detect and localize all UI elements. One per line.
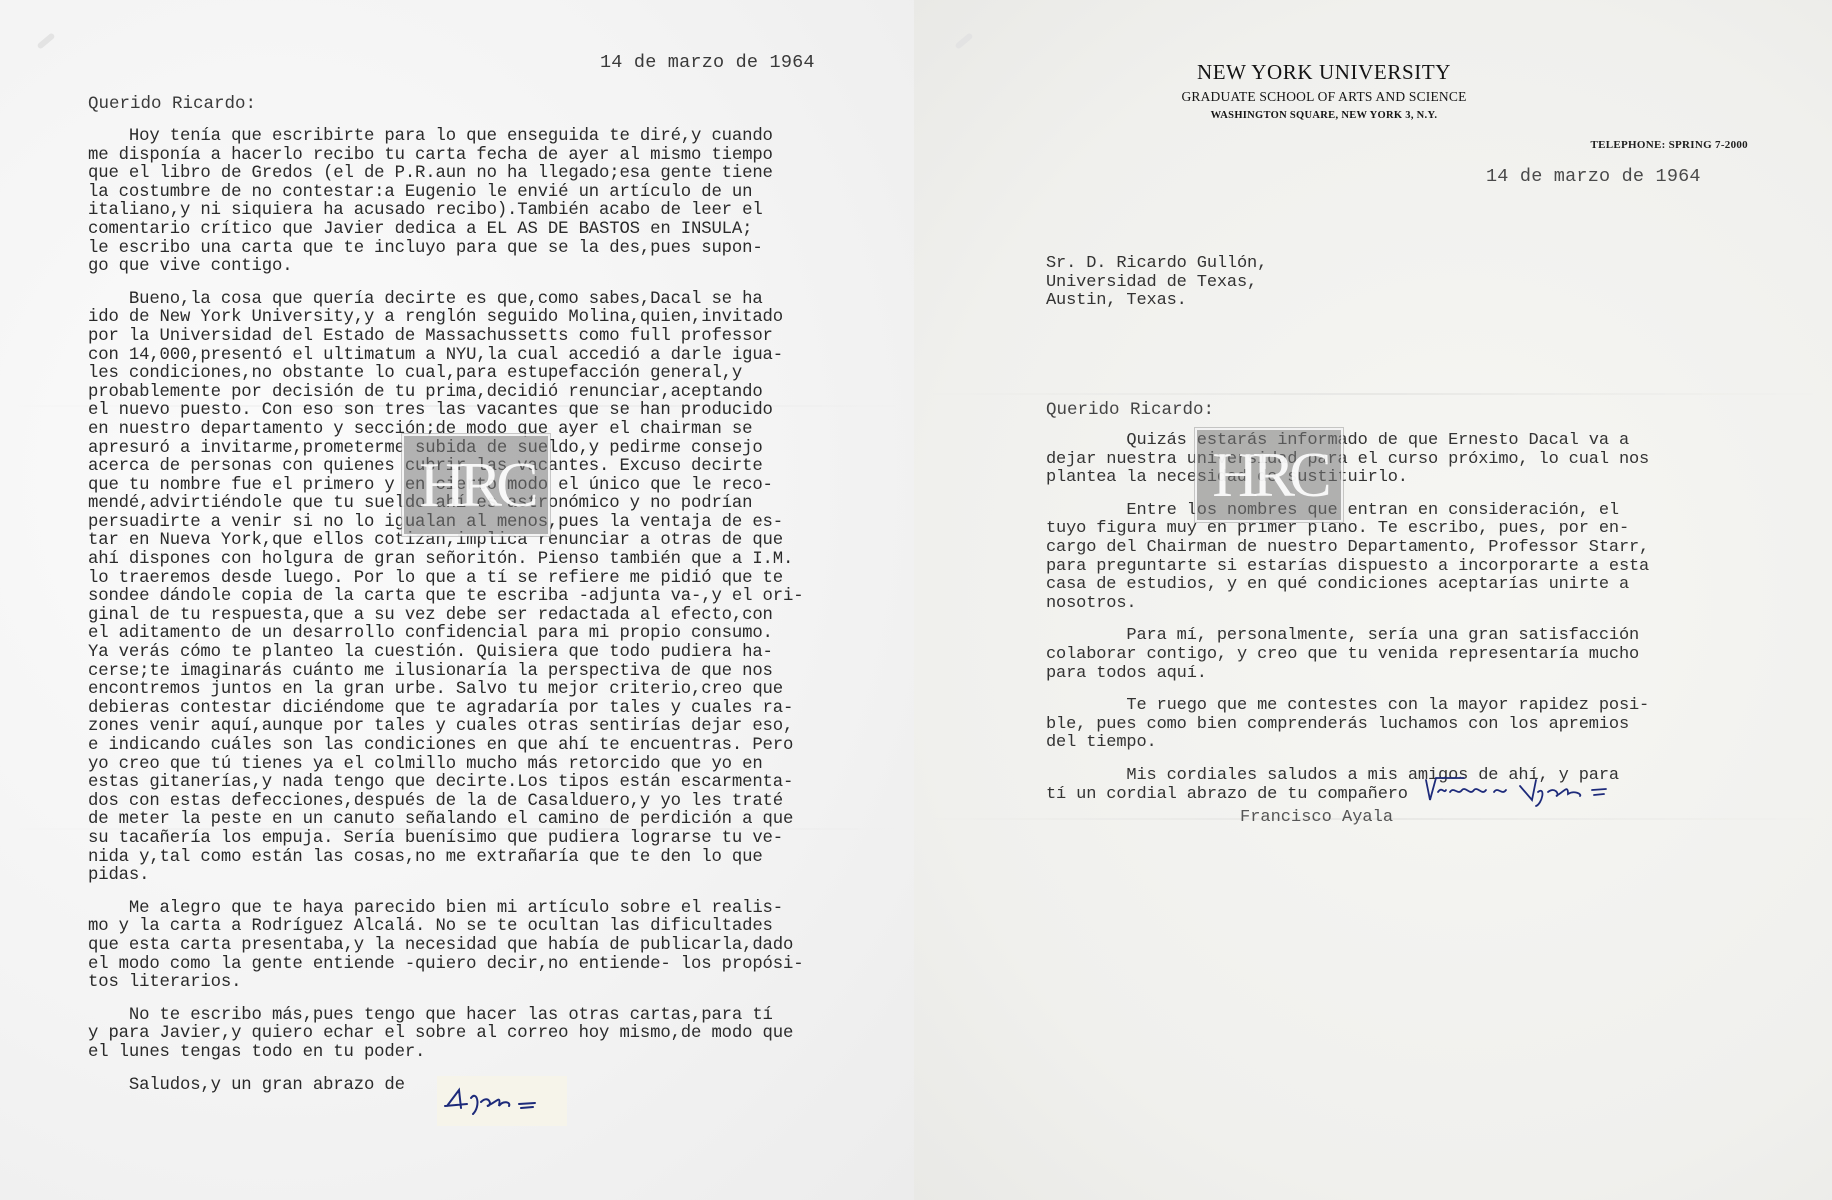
text-line: Me alegro que te haya parecido bien mi a…	[88, 900, 803, 919]
text-line: para todos aquí.	[1046, 665, 1649, 684]
text-line: su tacañería los empuja. Sería buenísimo…	[88, 830, 803, 849]
text-line: en nuestro departamento y sección;de mod…	[88, 421, 803, 440]
left-letter-salutation: Querido Ricardo:	[88, 94, 256, 114]
text-line: le escribo una carta que te incluyo para…	[88, 240, 803, 259]
letterhead-university: NEW YORK UNIVERSITY	[1114, 60, 1534, 85]
paragraph-gap	[88, 886, 803, 900]
paragraph-gap	[88, 1063, 803, 1077]
text-line: colaborar contigo, y creo que tu venida …	[1046, 646, 1649, 665]
text-line: apresuró a invitarme,prometerme subida d…	[88, 440, 803, 459]
text-line: encontremos juntos en la gran urbe. Salv…	[88, 681, 803, 700]
text-line: Ya verás cómo te planteo la cuestión. Qu…	[88, 644, 803, 663]
paper-fold	[914, 393, 1832, 395]
text-line: Te ruego que me contestes con la mayor r…	[1046, 697, 1649, 716]
text-line: ble, pues como bien comprenderás luchamo…	[1046, 716, 1649, 735]
letterhead-school: GRADUATE SCHOOL OF ARTS AND SCIENCE	[1114, 89, 1534, 105]
text-line: yo creo que tú tienes ya el colmillo muc…	[88, 756, 803, 775]
text-line: Bueno,la cosa que quería decirte es que,…	[88, 291, 803, 310]
text-line: nida y,tal como están las cosas,no me ex…	[88, 849, 803, 868]
text-line: ido de New York University,y a renglón s…	[88, 309, 803, 328]
text-line: el aditamento de un desarrollo confidenc…	[88, 625, 803, 644]
right-letter-page: NEW YORK UNIVERSITY GRADUATE SCHOOL OF A…	[914, 0, 1832, 1200]
left-signature	[437, 1076, 567, 1126]
signature-francisco-ayala-icon	[1424, 774, 1620, 810]
signature-ayala-icon	[437, 1076, 567, 1126]
text-line: No te escribo más,pues tengo que hacer l…	[88, 1007, 803, 1026]
recipient-line: Sr. D. Ricardo Gullón,	[1046, 255, 1267, 274]
text-line: cerse;te imaginarás cuánto me ilusionarí…	[88, 663, 803, 682]
left-letter-date: 14 de marzo de 1964	[600, 52, 815, 73]
text-line: mendé,advirtiéndole que tu sueldo ahí es…	[88, 495, 803, 514]
text-line: para preguntarte si estarías dispuesto a…	[1046, 558, 1649, 577]
text-line: el lunes tengas todo en tu poder.	[88, 1044, 803, 1063]
right-letter-body: Quizás estarás informado de que Ernesto …	[1046, 432, 1649, 804]
text-line: que el libro de Gredos (el de P.R.aun no…	[88, 165, 803, 184]
text-line: e indicando cuáles son las condiciones e…	[88, 737, 803, 756]
left-letter-page: 14 de marzo de 1964 Querido Ricardo: Hoy…	[0, 0, 914, 1200]
text-line: acerca de personas con quienes cubrir la…	[88, 458, 803, 477]
text-line: Para mí, personalmente, sería una gran s…	[1046, 627, 1649, 646]
text-line: que tu nombre fue el primero y en cierto…	[88, 477, 803, 496]
text-line: tos literarios.	[88, 974, 803, 993]
paper-fold	[0, 405, 914, 407]
text-line: y para Javier,y quiero echar el sobre al…	[88, 1025, 803, 1044]
text-line: debieras contestar diciéndome que te agr…	[88, 700, 803, 719]
recipient-address: Sr. D. Ricardo Gullón,Universidad de Tex…	[1046, 255, 1267, 311]
text-line: sondee dándole copia de la carta que te …	[88, 588, 803, 607]
text-line: dejar nuestra universidad para el curso …	[1046, 451, 1649, 470]
paragraph-gap	[88, 277, 803, 291]
text-line: tuyo figura muy en primer plano. Te escr…	[1046, 520, 1649, 539]
paper-fold	[914, 818, 1832, 820]
letterhead-telephone: TELEPHONE: SPRING 7-2000	[1590, 139, 1748, 151]
text-line: el modo como la gente entiende -quiero d…	[88, 956, 803, 975]
text-line: les condiciones,no obstante lo cual,para…	[88, 365, 803, 384]
text-line: mo y la carta a Rodríguez Alcalá. No se …	[88, 918, 803, 937]
letterhead: NEW YORK UNIVERSITY GRADUATE SCHOOL OF A…	[1114, 60, 1534, 121]
text-line: lo traeremos desde luego. Por lo que a t…	[88, 570, 803, 589]
text-line: ahí dispones con holgura de gran señorit…	[88, 551, 803, 570]
right-signature	[1424, 774, 1620, 810]
text-line: go que vive contigo.	[88, 258, 803, 277]
text-line: cargo del Chairman de nuestro Departamen…	[1046, 539, 1649, 558]
paper-fold	[0, 828, 914, 830]
paper-mark	[954, 32, 973, 49]
text-line: probablemente por decisión de tu prima,d…	[88, 384, 803, 403]
paragraph-gap	[1046, 488, 1649, 502]
text-line: dos con estas defecciones,después de la …	[88, 793, 803, 812]
paragraph-gap	[1046, 753, 1649, 767]
letterhead-address: WASHINGTON SQUARE, NEW YORK 3, N.Y.	[1114, 110, 1534, 121]
text-line: que esta carta presentaba,y la necesidad…	[88, 937, 803, 956]
text-line: tar en Nueva York,que ellos cotizan,impl…	[88, 532, 803, 551]
text-line: por la Universidad del Estado de Massach…	[88, 328, 803, 347]
right-letter-date: 14 de marzo de 1964	[1486, 166, 1701, 187]
paragraph-gap	[1046, 613, 1649, 627]
left-letter-body: Hoy tenía que escribirte para lo que ens…	[88, 128, 803, 1095]
paragraph-gap	[88, 993, 803, 1007]
text-line: Entre los nombres que entran en consider…	[1046, 502, 1649, 521]
text-line: casa de estudios, y en qué condiciones a…	[1046, 576, 1649, 595]
text-line: me disponía a hacerlo recibo tu carta fe…	[88, 147, 803, 166]
text-line: italiano,y ni siquiera ha acusado recibo…	[88, 202, 803, 221]
text-line: ginal de tu respuesta,que a su vez debe …	[88, 607, 803, 626]
paper-mark	[36, 32, 55, 49]
text-line: pidas.	[88, 867, 803, 886]
text-line: estas gitanerías,y nada tengo que decirt…	[88, 774, 803, 793]
recipient-line: Austin, Texas.	[1046, 292, 1267, 311]
text-line: persuadirte a venir si no lo igualan al …	[88, 514, 803, 533]
text-line: del tiempo.	[1046, 734, 1649, 753]
paragraph-gap	[1046, 683, 1649, 697]
text-line: nosotros.	[1046, 595, 1649, 614]
right-letter-salutation: Querido Ricardo:	[1046, 400, 1214, 420]
text-line: Hoy tenía que escribirte para lo que ens…	[88, 128, 803, 147]
text-line: con 14,000,presentó el ultimatum a NYU,l…	[88, 347, 803, 366]
text-line: Quizás estarás informado de que Ernesto …	[1046, 432, 1649, 451]
text-line: zones venir aquí,aunque por tales y cual…	[88, 718, 803, 737]
text-line: la costumbre de no contestar:a Eugenio l…	[88, 184, 803, 203]
text-line: plantea la necesidad de sustituirlo.	[1046, 469, 1649, 488]
text-line: comentario crítico que Javier dedica a E…	[88, 221, 803, 240]
recipient-line: Universidad de Texas,	[1046, 274, 1267, 293]
